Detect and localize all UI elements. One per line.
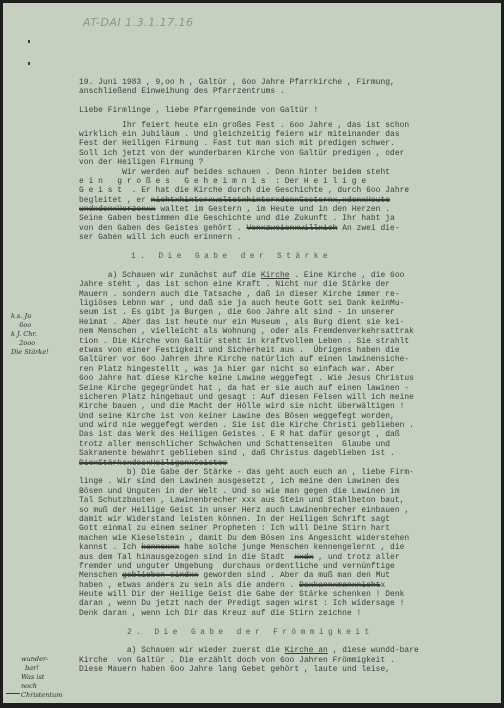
text-line: Seine Gaben bestimmen die Geschichte und… — [79, 214, 499, 223]
text-line: machen wie Kieselstein , damit Du dem Bö… — [79, 534, 499, 543]
archive-stamp: AT-DAI 1.3.1.17.16 — [83, 16, 194, 29]
text-line: und wird nie weggefegt werden . Sie ist … — [79, 421, 499, 430]
text-line: Sakramente bewahrt geblieben sind , daß … — [79, 449, 499, 458]
text-line: Heute will Dir der Heilige Geist die Gab… — [79, 590, 499, 599]
header-line: anschließend Einweihung des Pfarrzentrum… — [79, 87, 499, 96]
text-line: Kirche bauen , und die Macht der Hölle w… — [79, 402, 499, 411]
text-line: fremder und unguter Umgebung durchaus or… — [79, 562, 499, 571]
text-line: Wir werden auf beides schauen . Denn hin… — [79, 168, 499, 177]
text-line: Heimat . Aber das ist heute nur ein Muse… — [79, 318, 499, 327]
text-line: Ihr feiert heute ein großes Fest . 6oo J… — [79, 121, 499, 130]
text-line: von der Heiligen Firmung ? — [79, 158, 499, 167]
text-line: linge . Wir sind den Lawinen ausgesetzt … — [79, 477, 499, 486]
text-line: e i n g r o ß e s G e h e i m n i s : De… — [79, 177, 499, 186]
text-line: aus dem Tal hinausgezogen sind in die St… — [79, 553, 499, 562]
text-line: a) Schauen wir wieder zuerst die Kirche … — [79, 646, 499, 655]
text-line: seum ist . Es gibt ja Burgen , die 6oo J… — [79, 308, 499, 317]
text-line: Diese Mauern haben 6oo Jahre lang Gebet … — [79, 665, 499, 674]
salutation: Liebe Firmlinge , liebe Pfarrgemeinde vo… — [79, 106, 499, 115]
header-line: 19. Juni 1983 , 9,oo h , Galtür , 6oo Ja… — [79, 78, 499, 87]
text-line: Menschen geblieben sindxx geworden sind … — [79, 571, 499, 580]
text-line: begleitet , er nichtxhinterxwaltetxhinte… — [79, 196, 499, 205]
text-line: kannst . Ich kennexxx habe solche junge … — [79, 543, 499, 552]
text-line: Tal Schutzbauten , Lawinenbrecher xxx au… — [79, 496, 499, 505]
text-line: ligiöses Lebnn war , und daß sie ja auch… — [79, 299, 499, 308]
text-line: so muß der Heilige Geist in unser Herz a… — [79, 506, 499, 515]
document-page: AT-DAI 1.3.1.17.16 k.s. Ju 6oo k J. Chr.… — [3, 3, 501, 703]
text-line: Denk daran , wenn ich Dir das Kreuz auf … — [79, 609, 499, 618]
struck-text: Daxkannxmanxnicht — [299, 581, 380, 590]
text-line: Fest der Heiligen Firmung . Fast tut man… — [79, 139, 499, 148]
text-line: Kirche von Galtür . Die erzählt doch von… — [79, 656, 499, 665]
underlined-word: Kirche — [261, 271, 290, 280]
text-line: daran , wenn Du jetzt nach der Predigt s… — [79, 599, 499, 608]
text-line: b) Die Gabe der Stärke - das geht auch e… — [79, 468, 499, 477]
struck-text: Vonxzweienxwillxich — [246, 224, 337, 233]
handwritten-margin-note: wunder- bar! Was ist noch Christentum — [21, 655, 62, 700]
struck-text: DiexStärkexdesxHeiligenxGeistes — [79, 459, 499, 468]
text-line: G e i s t . Er hat die Kirche durch die … — [79, 186, 499, 195]
section-heading: 2. Die Gabe der Frömmigkeit — [79, 628, 499, 637]
text-line: tion . Die Kirche von Galtür steht in kr… — [79, 337, 499, 346]
margin-dash — [6, 693, 20, 694]
typed-sermon-text: 19. Juni 1983 , 9,oo h , Galtür , 6oo Ja… — [79, 78, 499, 675]
text-line: Galtürer vor 6oo Jahren ihre Kirche natü… — [79, 355, 499, 364]
text-line: Soll ich jetzt von der wunderbaren Kirch… — [79, 149, 499, 158]
struck-text: undxdenxHerzenxx — [79, 205, 156, 214]
punch-mark — [28, 40, 30, 43]
text-line: trotz aller menschlicher Schwächen und S… — [79, 440, 499, 449]
text-line: wirklich ein Jubiläum . Und gleichzeitig… — [79, 130, 499, 139]
text-line: Bösen und Unguten in der Welt . Und so w… — [79, 487, 499, 496]
struck-text: xxdx — [294, 553, 313, 562]
text-line: ser Gaben will ich euch erinnern . — [79, 233, 499, 242]
text-line: Jahre steht , das ist schon eine Kraft .… — [79, 280, 499, 289]
text-line: a) Schauen wir zunächst auf die Kirche .… — [79, 271, 499, 280]
text-line: etwas von einer Festigkeit und Sicherhei… — [79, 346, 499, 355]
underlined-word: Kirche an — [285, 646, 328, 655]
text-line: Seine Kirche gegegründet hat , da hat er… — [79, 384, 499, 393]
text-line: damit wir Widerstand leisten können. In … — [79, 515, 499, 524]
text-line: undxdenxHerzenxx waltet im Gestern , im … — [79, 205, 499, 214]
handwritten-margin-note: k.s. Ju 6oo k J. Chr. 2ooo Die Stärke! — [11, 312, 49, 357]
text-line: ren Platz hingestellt , was ja hier gar … — [79, 365, 499, 374]
text-line: sicheren Platz hingebaut und gesagt : Au… — [79, 393, 499, 402]
text-line: haben , etwas anders zu sein als die and… — [79, 581, 499, 590]
struck-text: geblieben sindxx — [122, 571, 199, 580]
text-line: nem Menschen , vielleicht als Wohnung , … — [79, 327, 499, 336]
text-line: Mauern . sondern auch die Tatsache , daß… — [79, 290, 499, 299]
text-line: von den Gaben des Geistes gehört . Vonxz… — [79, 224, 499, 233]
text-line: Gott einmal zu einem seiner Propheten : … — [79, 524, 499, 533]
section-heading: 1. Die Gabe der Stärke — [79, 252, 499, 261]
struck-text: kennexxx — [141, 543, 179, 552]
punch-mark — [28, 62, 30, 65]
struck-text: nichtxhinterxwaltetxhinterxdenxGesternx,… — [151, 196, 390, 205]
text-line: 6oo Jahre hat diese Kirche keine Lawine … — [79, 374, 499, 383]
text-line: Das ist das Werk des Heiligen Geistes . … — [79, 430, 499, 439]
text-line: Und seine Kirche ist von keiner Lawine d… — [79, 412, 499, 421]
